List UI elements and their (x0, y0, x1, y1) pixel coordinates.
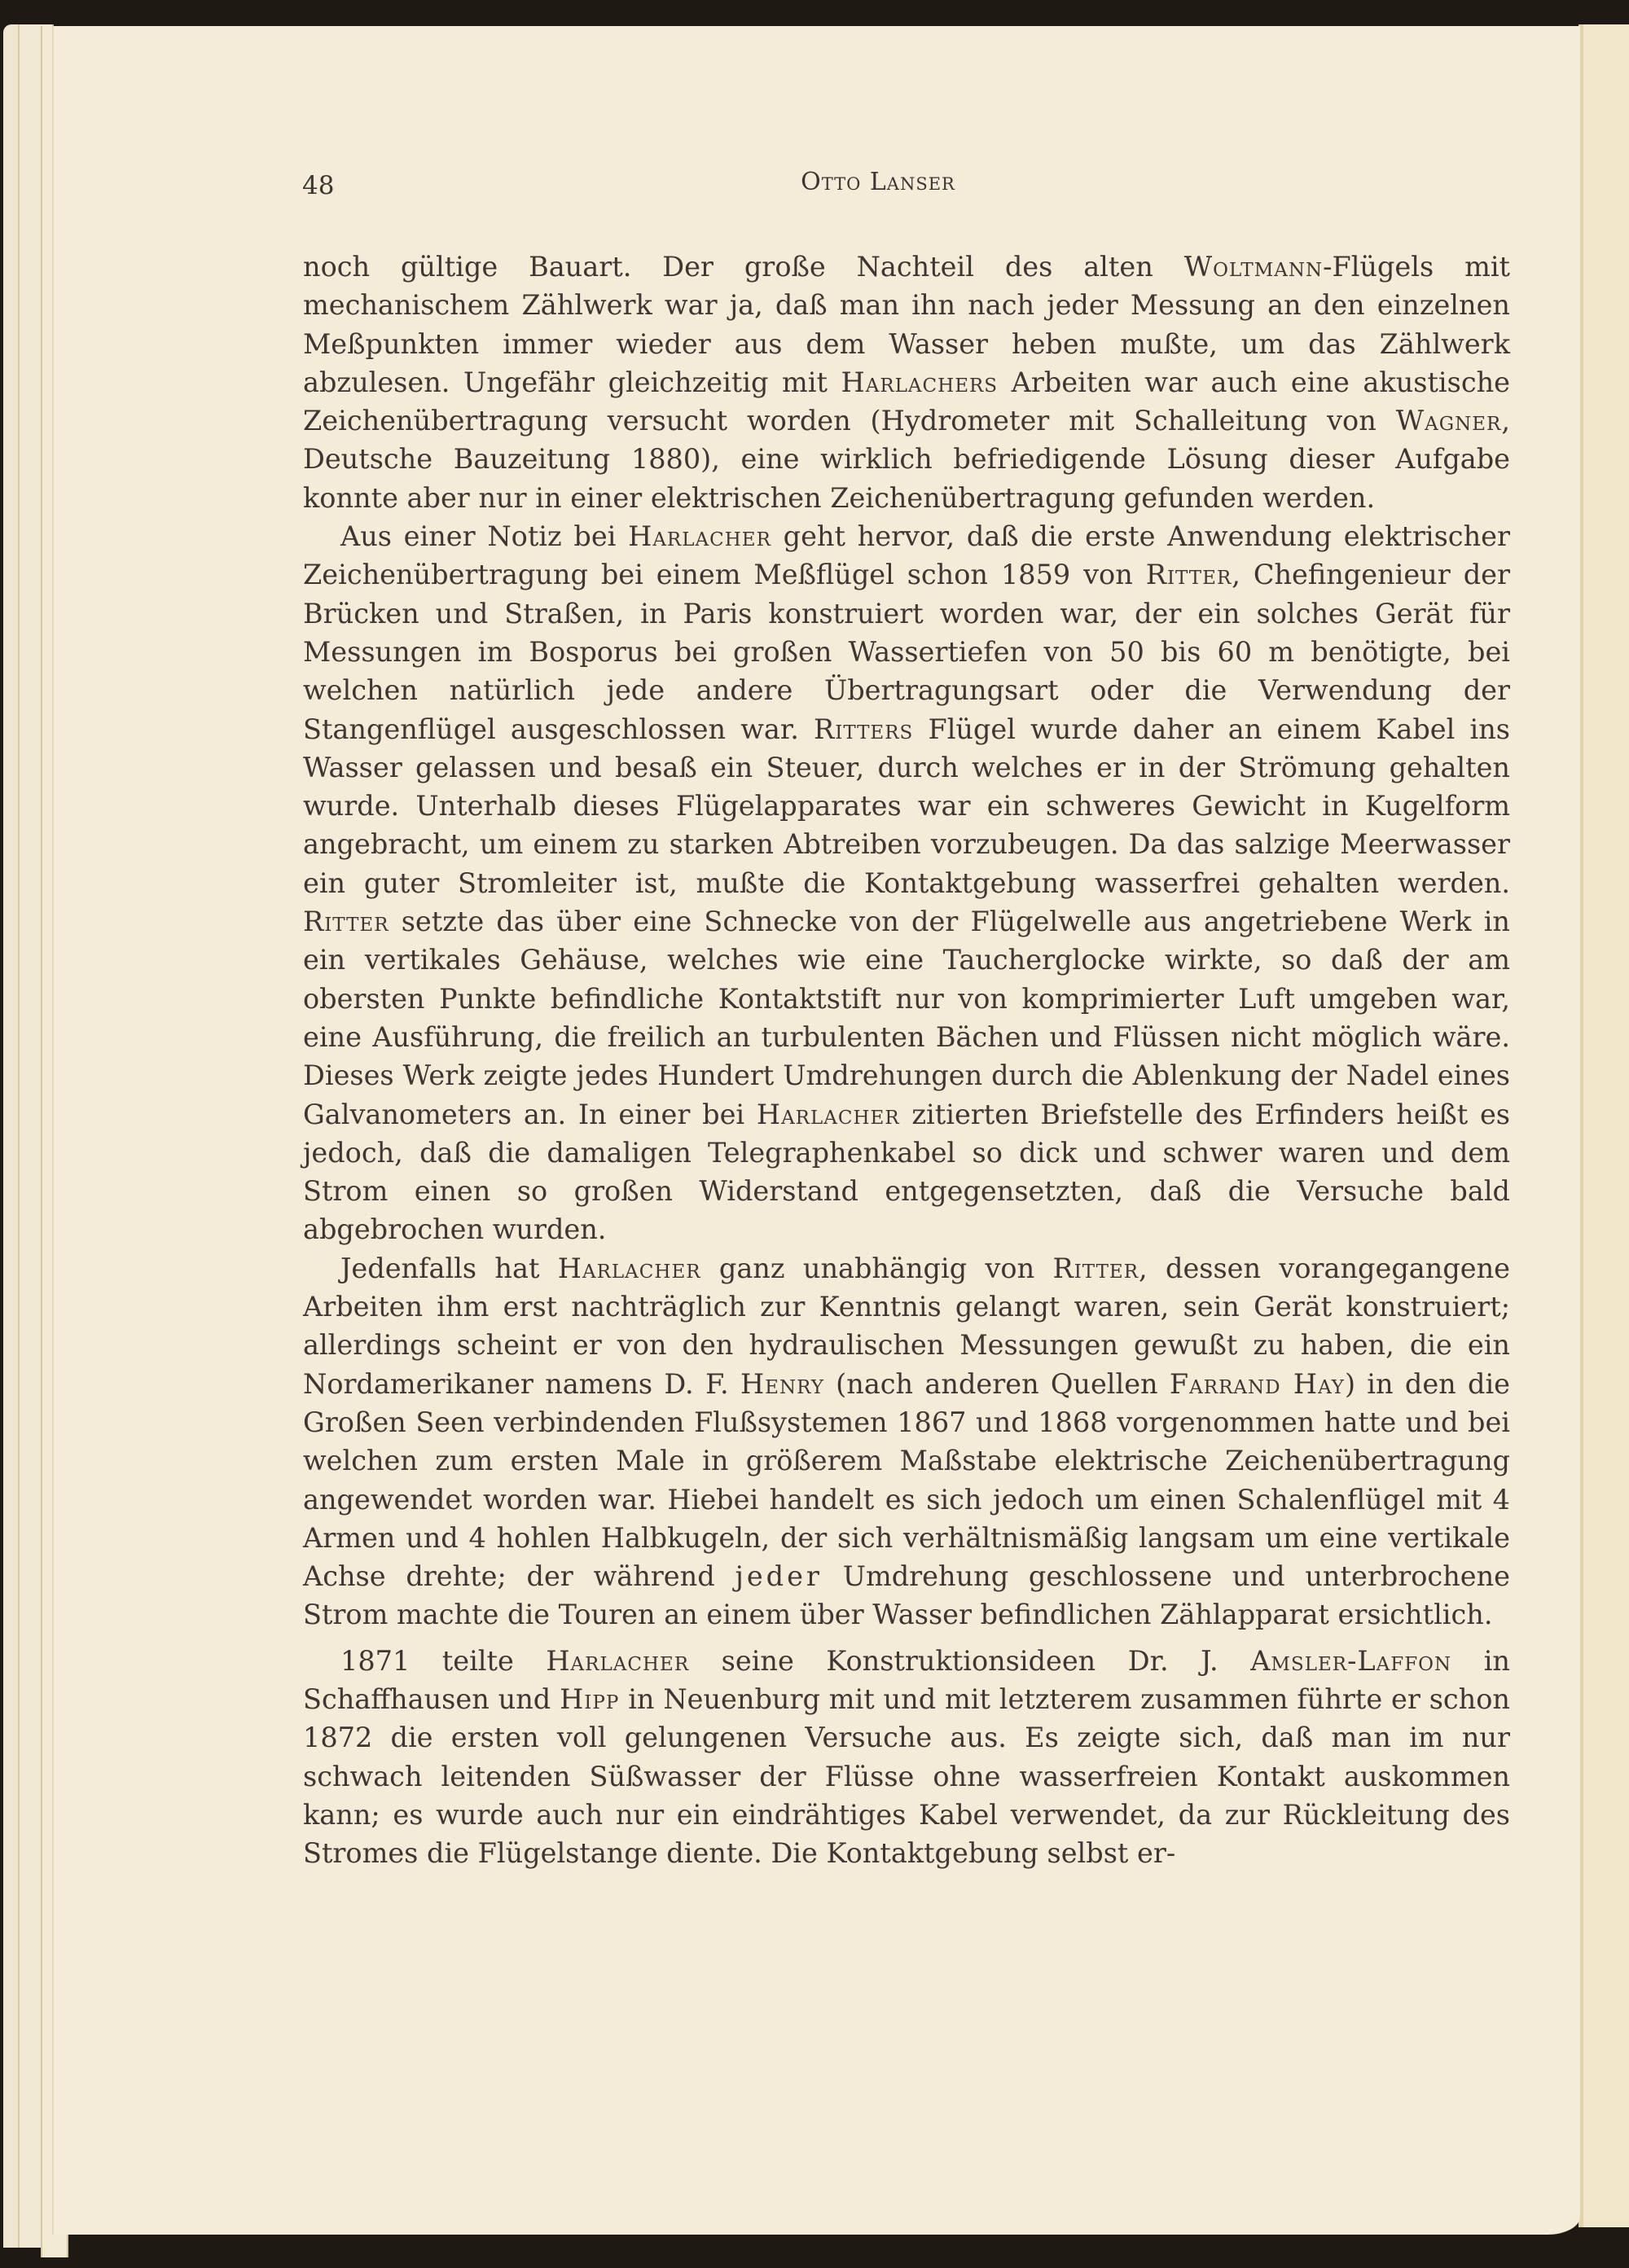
author-name: Ritter (1146, 559, 1232, 590)
author-name: Ritters (814, 713, 913, 745)
paragraph: Jedenfalls hat Harlacher ganz unabhängig… (303, 1249, 1510, 1634)
book-gutter-edge (1579, 24, 1629, 2227)
author-name: Harlacher (546, 1645, 689, 1677)
text-run: 1871 teilte (340, 1645, 546, 1677)
text-run: (nach anderen Quellen (824, 1368, 1170, 1400)
author-name: Farrand Hay (1170, 1368, 1345, 1400)
author-name: Henry (740, 1368, 824, 1400)
body-text: noch gültige Bauart. Der große Nachteil … (303, 248, 1510, 1872)
paragraph: 1871 teilte Harlacher seine Konstruktion… (303, 1642, 1510, 1873)
book-page: 48 Otto Lanser noch gültige Bauart. Der … (52, 26, 1580, 2235)
author-name: Wagner (1396, 405, 1502, 436)
author-name: Harlacher (757, 1099, 900, 1130)
author-name: Harlacher (628, 520, 771, 552)
author-name: Ritter (1053, 1252, 1139, 1284)
text-run: ) in den die Großen Seen verbindenden Fl… (303, 1368, 1510, 1592)
author-name: Amsler-Laffon (1250, 1645, 1451, 1677)
text-run: seine Konstruktionsideen Dr. J. (689, 1645, 1250, 1677)
text-run: ganz unabhängig von (701, 1252, 1053, 1284)
text-run: Aus einer Notiz bei (340, 520, 628, 552)
paragraph: noch gültige Bauart. Der große Nachteil … (303, 248, 1510, 517)
text-run: noch gültige Bauart. Der große Nachteil … (303, 251, 1184, 283)
running-head: Otto Lanser (54, 168, 1580, 196)
text-run: setzte das über eine Schnecke von der Fl… (303, 906, 1510, 1130)
paragraph: Aus einer Notiz bei Harlacher geht hervo… (303, 517, 1510, 1249)
author-name: Woltmann (1184, 251, 1323, 283)
author-name: Harlachers (841, 366, 999, 398)
emphasis-text: jeder (735, 1560, 823, 1592)
author-name: Hipp (560, 1683, 619, 1715)
author-name: Ritter (303, 906, 389, 937)
author-name: Harlacher (558, 1252, 701, 1284)
text-run: Jedenfalls hat (340, 1252, 558, 1284)
